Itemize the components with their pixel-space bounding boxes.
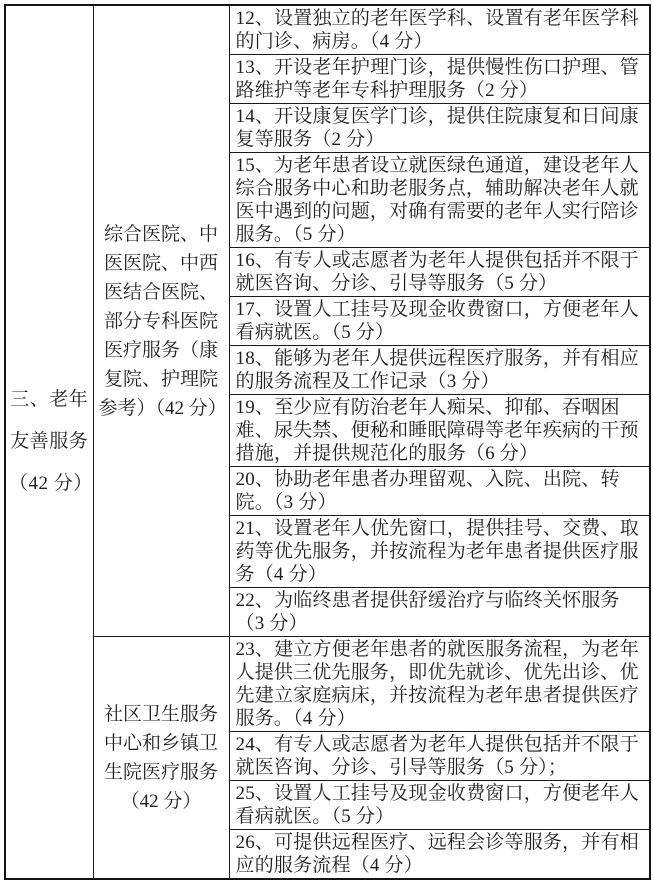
item-cell-19: 19、至少应有防治老年人痴呆、抑郁、吞咽困难、尿失禁、便秘和睡眠障碍等老年疾病的…: [229, 395, 650, 467]
item-cell-20: 20、协助老年患者办理留观、入院、出院、转院。（3 分）: [229, 467, 650, 516]
item-cell-13: 13、开设老年护理门诊，提供慢性伤口护理、管路维护等老年专科护理服务（2 分）: [229, 55, 650, 104]
item-cell-12: 12、设置独立的老年医学科、设置有老年医学科的门诊、病房。（4 分）: [229, 5, 650, 55]
item-cell-25: 25、设置人工挂号及现金收费窗口，方便老年人看病就医。（5 分）: [229, 781, 650, 830]
item-cell-24: 24、有专人或志愿者为老年人提供包括并不限于就医咨询、分诊、引导等服务（5 分）…: [229, 732, 650, 781]
item-cell-14: 14、开设康复医学门诊，提供住院康复和日间康复等服务（2 分）: [229, 104, 650, 153]
org-group-cell-hospitals: 综合医院、中 医医院、中西 医结合医院、 部分专科医院 医疗服务（康 复院、护理…: [93, 5, 229, 637]
table-row: 三、老年 友善服务 （42 分） 综合医院、中 医医院、中西 医结合医院、 部分…: [5, 5, 650, 55]
item-cell-15: 15、为老年患者设立就医绿色通道，建设老年人综合服务中心和助老服务点，辅助解决老…: [229, 153, 650, 248]
item-cell-23: 23、建立方便老年患者的就医服务流程，为老年人提供三优先服务，即优先就诊、优先出…: [229, 637, 650, 732]
document-page: 三、老年 友善服务 （42 分） 综合医院、中 医医院、中西 医结合医院、 部分…: [0, 0, 653, 893]
assessment-table: 三、老年 友善服务 （42 分） 综合医院、中 医医院、中西 医结合医院、 部分…: [4, 4, 651, 880]
item-cell-21: 21、设置老年人优先窗口，提供挂号、交费、取药等优先服务，并按流程为老年患者提供…: [229, 516, 650, 588]
item-cell-16: 16、有专人或志愿者为老年人提供包括并不限于就医咨询、分诊、引导等服务（5 分）: [229, 248, 650, 297]
item-cell-26: 26、可提供远程医疗、远程会诊等服务，并有相应的服务流程（4 分）: [229, 830, 650, 880]
category-cell: 三、老年 友善服务 （42 分）: [5, 5, 93, 879]
table-row: 社区卫生服务 中心和乡镇卫 生院医疗服务 （42 分） 23、建立方便老年患者的…: [5, 637, 650, 732]
org-group-cell-community: 社区卫生服务 中心和乡镇卫 生院医疗服务 （42 分）: [93, 637, 229, 880]
item-cell-22: 22、为临终患者提供舒缓治疗与临终关怀服务（3 分）: [229, 588, 650, 637]
item-cell-18: 18、能够为老年人提供远程医疗服务，并有相应的服务流程及工作记录（3 分）: [229, 346, 650, 395]
item-cell-17: 17、设置人工挂号及现金收费窗口，方便老年人看病就医。（5 分）: [229, 297, 650, 346]
